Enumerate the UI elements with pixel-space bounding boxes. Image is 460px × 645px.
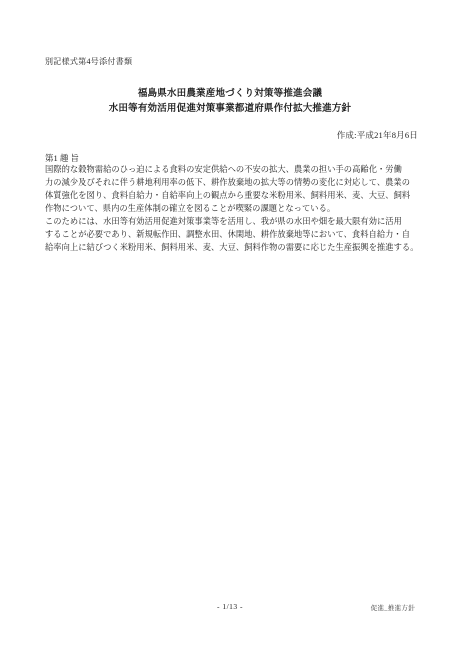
created-date: 作成:平成21年8月6日 — [337, 129, 418, 141]
document-title: 福島県水田農業産地づくり対策等推進会議 水田等有効活用促進対策事業都道府県作付拡… — [0, 86, 460, 116]
paragraph2-line-3: 給率向上に結びつく米粉用米、飼料用米、麦、大豆、飼料作物の需要に応じた生産振興を… — [45, 241, 417, 254]
body-text: 国際的な穀物需給のひっ迫による食料の安定供給への不安の拡大、農業の担い手の高齢化… — [45, 163, 417, 254]
footer-doc-name: 促進_推進方針 — [371, 603, 415, 612]
document-page: 別記様式第4号添付書類 福島県水田農業産地づくり対策等推進会議 水田等有効活用促… — [0, 0, 460, 645]
paragraph1-line-3: 体質強化を図り、食料自給力・自給率向上の観点から重要な米粉用米、飼料用米、麦、大… — [45, 189, 417, 202]
form-label: 別記様式第4号添付書類 — [45, 56, 132, 67]
paragraph1-line-1: 国際的な穀物需給のひっ迫による食料の安定供給への不安の拡大、農業の担い手の高齢化… — [45, 163, 417, 176]
paragraph1-line-2: 力の減少及びそれに伴う耕地利用率の低下、耕作放棄地の拡大等の情勢の変化に対応して… — [45, 176, 417, 189]
paragraph2-line-1: このためには、水田等有効活用促進対策事業等を活用し、我が県の水田や畑を最大限有効… — [45, 215, 417, 228]
title-line-1: 福島県水田農業産地づくり対策等推進会議 — [0, 86, 460, 101]
paragraph1-line-4: 作物について、県内の生産体制の確立を図ることが喫緊の課題となっている。 — [45, 202, 417, 215]
title-line-2: 水田等有効活用促進対策事業都道府県作付拡大推進方針 — [0, 101, 460, 116]
paragraph2-line-2: することが必要であり、新規転作田、調整水田、休閑地、耕作放棄地等において、食料自… — [45, 228, 417, 241]
